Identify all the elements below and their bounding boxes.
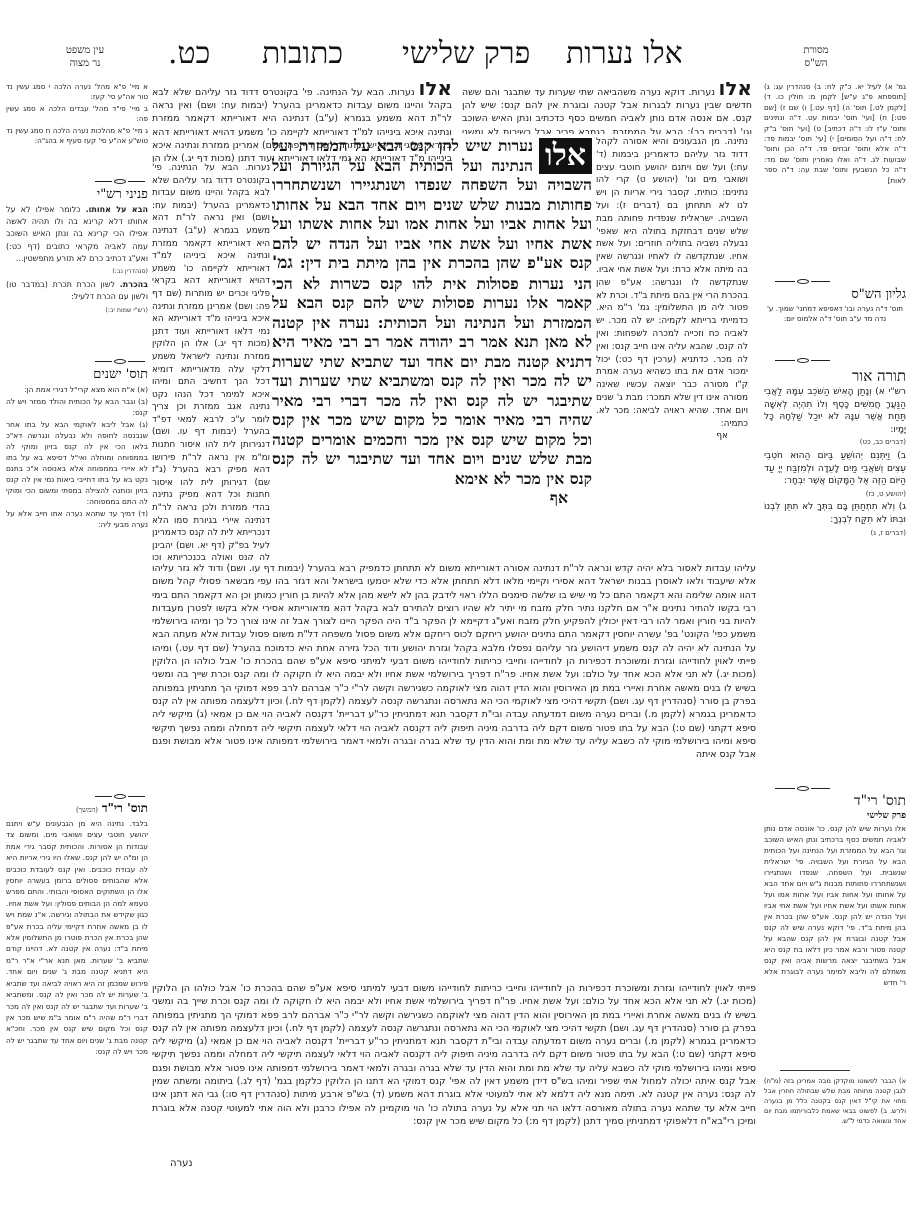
rashi-intro: אלו נערות. דוקא נערה משהביאה שתי שערות ע… bbox=[462, 82, 752, 134]
tosafot-column: נערות. הבא על הנתינה. פי' בקונטרס דדוד ג… bbox=[152, 162, 270, 560]
ein-mishpat-section: א מיי' פ"א מהל' נערה הלכה י סמג עשין נד … bbox=[6, 82, 148, 160]
tosafot-yeshanim-entry: (א) א"ת הוא מצא קרי"ל דגירי אמת הן: bbox=[6, 384, 148, 395]
page-catchword: נערה bbox=[170, 1157, 192, 1170]
tosafot-ryd-subtitle: פרק שלישי bbox=[764, 810, 906, 823]
torah-or-section: תורה אור רש"י א) וְנָתַן הָאִישׁ הַשֹּׁכ… bbox=[764, 366, 906, 576]
tosafot-column-text: נערות. הבא על הנתינה. פי' בקונטרס דדוד ג… bbox=[152, 163, 270, 560]
masoret-hashas-label-line2: הש"ס bbox=[786, 57, 846, 70]
tosafot-ryd-title: תוס' רי"ד bbox=[764, 792, 906, 810]
ornament-divider bbox=[95, 793, 145, 799]
torah-or-verse-text: רש"י א) וְנָתַן הָאִישׁ הַשֹּׁכֵב עִמָּה… bbox=[764, 387, 906, 435]
masoret-hashas-label: מסורת הש"ס bbox=[786, 44, 846, 70]
page-number: כט. bbox=[168, 36, 210, 72]
tosafot-yeshanim-title: תוס' ישנים bbox=[6, 366, 148, 384]
torah-or-verse-ref: (דברים ז, ג) bbox=[764, 527, 906, 540]
mishnah-box-container: אלו bbox=[539, 138, 592, 174]
continued-label: (המשך) bbox=[76, 806, 98, 814]
tosafot-yeshanim-entry: (ג) אבל ליבא לאוקמי הבא על בתו אחר שנבנס… bbox=[6, 419, 148, 507]
ein-mishpat-entry-c: ג מיי' פ"א מהלכות נערה הלכה ח סמג עשין נ… bbox=[6, 126, 148, 147]
masoret-hashas-label-line1: מסורת bbox=[786, 44, 846, 57]
pnei-rashi-entry-head: בהכרת. bbox=[120, 280, 148, 289]
pnei-rashi-title: פניני רש"י bbox=[6, 186, 148, 204]
tosafot-ryd-continued-heading: תוס' רי"ד (המשך) bbox=[6, 800, 148, 818]
tosafot-lead-word: אלו bbox=[418, 82, 452, 100]
tosafot-long-part1: עליהו עבדות לאסור בלא יהיה קדש ונראה לר"… bbox=[152, 562, 756, 982]
ein-mishpat-label-line2: נר מצוה bbox=[55, 57, 115, 70]
footnotes-text: א) הבבר לפשוטו מוקדקן מבה אמרינן בזה (מ"… bbox=[764, 1077, 906, 1125]
footnotes-section: א) הבבר לפשוטו מוקדקן מבה אמרינן בזה (מ"… bbox=[764, 1076, 906, 1146]
rashi-text: נתינה. מן הגבעונים והיא אסורה לקהל דדוד … bbox=[596, 137, 748, 429]
masoret-hashas-text: גמ' א) לעיל יא. כ"ק לח: ב) סנהדרין עג: ג… bbox=[764, 82, 906, 185]
tosafot-ryd-continued-title: תוס' רי"ד bbox=[102, 801, 148, 815]
gilyon-hashas-text: תוס' ד"ה נערה ובו' דאפיפא דמתני' שמוך. ע… bbox=[764, 304, 906, 325]
pnei-rashi-section: פניני רש"י הבא על אחותו. כלומר אפילו לא … bbox=[6, 186, 148, 356]
ornament-divider bbox=[775, 785, 830, 791]
tosafot-ryd-continued-section: תוס' רי"ד (המשך) בלבד. נתינה היא מן הגבע… bbox=[6, 800, 148, 1175]
tosafot-long-text-3: יכולה למחול אתי שפיר ומיהו בש"ס דידן משמ… bbox=[152, 1076, 756, 1127]
main-text-column: אלו נערות שיש להן קנס הבא על הממזרת ועל … bbox=[272, 136, 592, 561]
ornament-divider bbox=[775, 357, 830, 363]
ein-mishpat-label-line1: עין משפט bbox=[55, 44, 115, 57]
rashi-catchword: אף bbox=[596, 430, 748, 443]
torah-or-verse: ב) וַיִּתְּנֵם יְהוֹשֻׁעַ בַּיּוֹם הַהוּ… bbox=[764, 450, 906, 500]
chapter-number: פרק שלישי bbox=[402, 36, 530, 72]
tosafot-long-text-2b: פייתי לאוין לחודייהו וגזרת ומשוכרת דכפיר… bbox=[152, 983, 756, 1087]
pnei-rashi-entry: בהכרת. לשון הכרת תכרת (במדבר טו) ולשון ע… bbox=[6, 279, 148, 303]
masoret-hashas-section: גמ' א) לעיל יא. כ"ק לח: ב) סנהדרין עג: ג… bbox=[764, 82, 906, 260]
tosafot-long-text-2: פייתי לאוין לחודייהו וגזרת ומשוכרת דכפיר… bbox=[152, 656, 756, 760]
tractate-name: כתובות bbox=[262, 36, 343, 72]
pnei-rashi-entry: הבא על אחותו. כלומר אפילו לא על אחותו דל… bbox=[6, 204, 148, 265]
torah-or-verse-text: ג) וְלֹא תִתְחַתֵּן בָּם בִּתְּךָ לֹא תִ… bbox=[764, 502, 906, 525]
rashi-lead-word: אלו bbox=[718, 82, 752, 100]
tosafot-ryd-text: אלו נערות שיש להן קנס. כו' אונסה אדם נות… bbox=[764, 823, 906, 988]
tosafot-ryd-section: תוס' רי"ד פרק שלישי אלו נערות שיש להן קנ… bbox=[764, 792, 906, 1054]
ornament-divider bbox=[775, 278, 830, 284]
tosafot-yeshanim-entry: (ב) וגבר הבא על הכותית והולד ממזר ויש לה… bbox=[6, 396, 148, 418]
torah-or-verse-ref: (דברים כב, כט) bbox=[764, 436, 906, 449]
pnei-rashi-entry-head: הבא על אחותו. bbox=[86, 205, 148, 214]
tosafot-yeshanim-section: תוס' ישנים (א) א"ת הוא מצא קרי"ל דגירי א… bbox=[6, 366, 148, 566]
mishnah-catchword: אף bbox=[272, 488, 592, 508]
pnei-rashi-ref: (סנהדרין נב:) bbox=[6, 266, 148, 278]
ein-mishpat-entry-b: ב מיי' פי"ד מהל' עבדים הלכה א סמג עשין פ… bbox=[6, 104, 148, 125]
footnote-rule bbox=[780, 1070, 850, 1071]
ornament-divider bbox=[95, 178, 145, 184]
torah-or-verse-ref: (יהושע ט, כז) bbox=[764, 488, 906, 501]
gilyon-hashas-title: גליון הש"ס bbox=[764, 286, 906, 304]
torah-or-title: תורה אור bbox=[764, 366, 906, 386]
tosafot-long-part2: פייתי לאוין לחודייהו וגזרת ומשוכרת דכפיר… bbox=[152, 982, 756, 1142]
gemara-label: גמ' bbox=[272, 253, 293, 273]
rashi-intro-text: נערות. דוקא נערה משהביאה שתי שערות עד שת… bbox=[462, 87, 752, 134]
ornament-divider bbox=[95, 358, 145, 364]
tosafot-ryd-continued-text: בלבד. נתינה היא מן הגבעונים ע"ש ויתנם יה… bbox=[6, 818, 148, 1058]
gilyon-hashas-section: גליון הש"ס תוס' ד"ה נערה ובו' דאפיפא דמת… bbox=[764, 286, 906, 346]
mishnah-opening-word: אלו bbox=[539, 138, 592, 174]
chapter-name: אלו נערות bbox=[566, 36, 683, 72]
torah-or-verse: רש"י א) וְנָתַן הָאִישׁ הַשֹּׁכֵב עִמָּה… bbox=[764, 386, 906, 449]
pnei-rashi-ref: (רש"י שמות יב:) bbox=[6, 305, 148, 317]
ein-mishpat-label: עין משפט נר מצוה bbox=[55, 44, 115, 70]
rashi-column: נתינה. מן הגבעונים והיא אסורה לקהל דדוד … bbox=[596, 136, 748, 561]
ein-mishpat-entry-a: א מיי' פ"א מהל' נערה הלכה י סמג עשין נד … bbox=[6, 82, 148, 103]
torah-or-verse-text: ב) וַיִּתְּנֵם יְהוֹשֻׁעַ בַּיּוֹם הַהוּ… bbox=[764, 451, 906, 486]
tosafot-long-text-1: עליהו עבדות לאסור בלא יהיה קדש ונראה לר"… bbox=[152, 563, 756, 654]
torah-or-verse: ג) וְלֹא תִתְחַתֵּן בָּם בִּתְּךָ לֹא תִ… bbox=[764, 501, 906, 539]
gemara-text: הני נערות פסולות אית להו קנס כשרות לא הכ… bbox=[272, 274, 592, 488]
tosafot-yeshanim-entry: (ד) דמיך עד שתהא נערה אתו חייב אלא על נע… bbox=[6, 508, 148, 530]
